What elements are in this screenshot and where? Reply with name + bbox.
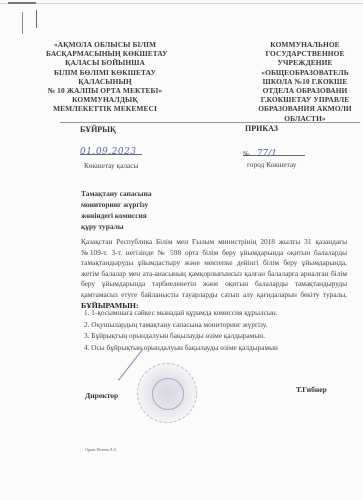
city-russian: город Кокшетау [247,160,296,169]
order-preamble: Қазақстан Республика Білім мен Ғылым мин… [81,237,347,311]
header-line: «ОБЩЕОБРАЗОВАТЕЛЬ [250,68,360,77]
order-item: 2. Оқушылардың тамақтану сапасына монито… [84,319,278,331]
header-line: КОММУНАЛЬНОЕ [250,40,360,49]
city-kazakh: Көкшетау қаласы [84,161,138,170]
header-divider [60,122,360,123]
header-line: БІЛІМ БӨЛІМІ КӨКШЕТАУ [46,68,164,77]
number-sign: № [243,150,250,158]
header-line: ОТДЕЛА ОБРАЗОВАНИ [250,86,360,95]
preamble-text: Қазақстан Республика Білім мен Ғылым мин… [81,237,347,299]
order-number: 77/1 [257,149,277,159]
order-items-list: 1. 1-қосымшаға сәйкес мынадай құрамда ко… [84,307,278,353]
order-item: 1. 1-қосымшаға сәйкес мынадай құрамда ко… [84,307,278,319]
order-number-field: № 77/1 [243,143,305,156]
subject-line: Тамақтану сапасына [81,188,152,199]
header-line: № 10 ЖАЛПЫ ОРТА МЕКТЕБІ» [46,86,164,95]
scan-mark [36,10,37,28]
scan-mark [22,12,23,34]
order-title-kazakh: БҰЙРЫҚ [80,125,116,134]
signer-title: Директор [85,391,118,400]
page-edge-line [0,3,363,4]
header-line: БАСҚАРМАСЫНЫҢ КӨКШЕТАУ [46,49,164,58]
header-line: УЧРЕЖДЕНИЕ [250,58,360,67]
header-line: МЕМЛЕКЕТТІК МЕКЕМЕСІ [46,104,164,113]
subject-line: құру туралы [81,221,152,232]
header-line: ШКОЛА №10 Г.КОКШЕ [250,77,360,86]
signer-name: Т.Гибнер [296,385,327,394]
scan-mark [8,2,36,4]
header-line: «АҚМОЛА ОБЛЫСЫ БІЛІМ [46,40,164,49]
header-line: ГОСУДАРСТВЕННОЕ [250,49,360,58]
header-russian: КОММУНАЛЬНОЕ ГОСУДАРСТВЕННОЕ УЧРЕЖДЕНИЕ … [250,40,360,123]
order-title-russian: ПРИКАЗ [245,124,278,133]
subject-line: жөніндегі комиссия [81,210,152,221]
header-line: КОММУНАЛДЫҚ [46,95,164,104]
order-subject: Тамақтану сапасына мониторинг жүргізу жө… [81,188,152,232]
header-line: Г.КОКШЕТАУ УПРАВЛЕ [250,95,360,104]
header-kazakh: «АҚМОЛА ОБЛЫСЫ БІЛІМ БАСҚАРМАСЫНЫҢ КӨКШЕ… [46,40,164,114]
order-date: 01.09.2023 [80,147,137,157]
subject-line: мониторинг жүргізу [81,199,152,210]
stamp-emblem [152,378,184,410]
order-item: 3. Бұйрықтың орындалуын бақылауды өзіме … [84,330,278,342]
order-date-field: 01.09.2023 [80,141,142,155]
header-line: ҚАЛАСЫНЫҢ [46,77,164,86]
executor-note: Орын. Исаева Л.А. [85,447,117,452]
header-line: ҚАЛАСЫ БОЙЫНША [46,58,164,67]
order-item: 4. Осы бұйрықтың орындалуын бақылауды өз… [84,342,278,354]
header-line: ОБРАЗОВАНИЯ АКМОЛИ [250,104,360,113]
